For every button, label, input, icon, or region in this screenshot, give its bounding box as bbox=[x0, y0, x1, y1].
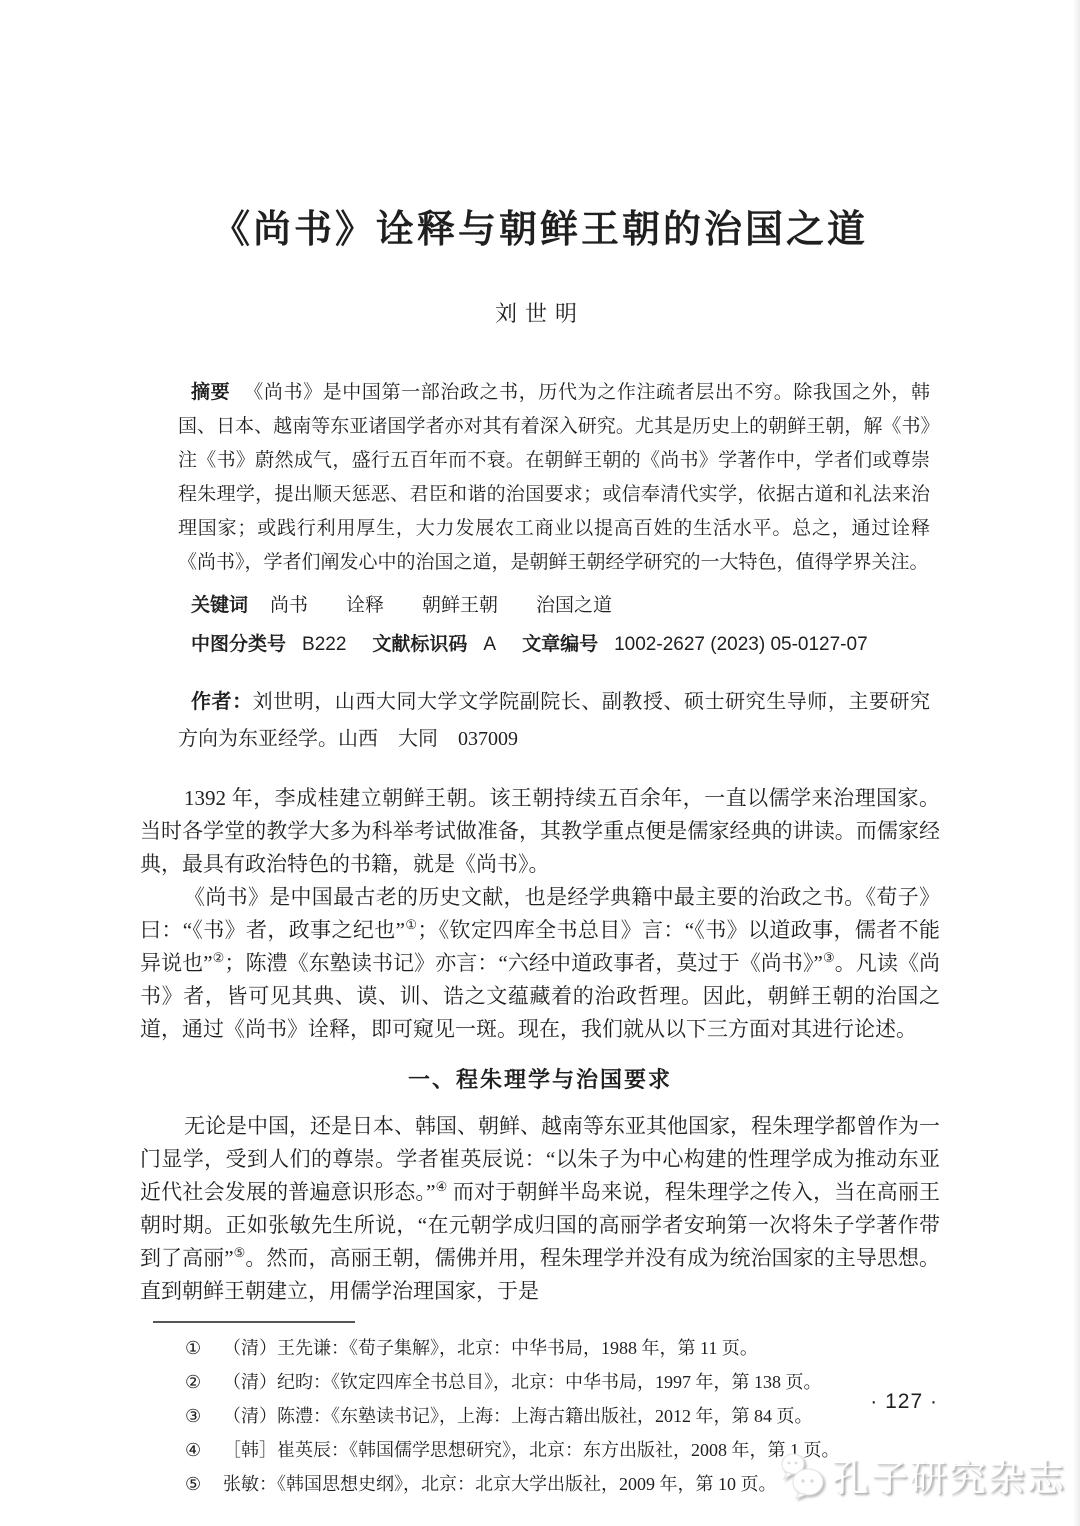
footnote-text: （清）陈澧：《东塾读书记》，上海：上海古籍出版社，2012 年，第 84 页。 bbox=[223, 1401, 935, 1432]
footnote-marker: ⑤ bbox=[185, 1469, 223, 1500]
footnote-text: （清）王先谦：《荀子集解》，北京：中华书局，1988 年，第 11 页。 bbox=[223, 1333, 935, 1364]
body-paragraph-3: 无论是中国，还是日本、韩国、朝鲜、越南等东亚其他国家，程朱理学都曾作为一门显学，… bbox=[140, 1110, 940, 1308]
wechat-bubbles-icon bbox=[779, 1451, 827, 1499]
keywords-label: 关键词 bbox=[191, 595, 248, 616]
abstract-label: 摘要 bbox=[191, 382, 230, 403]
footnote-marker: ② bbox=[185, 1367, 223, 1398]
abstract-paragraph: 摘要《尚书》是中国第一部治政之书，历代为之作注疏者层出不穷。除我国之外，韩国、日… bbox=[178, 376, 930, 580]
footnote-divider bbox=[153, 1321, 355, 1323]
footnote-item: ③ （清）陈澧：《东塾读书记》，上海：上海古籍出版社，2012 年，第 84 页… bbox=[185, 1401, 935, 1432]
footnote-marker: ① bbox=[185, 1333, 223, 1364]
footnote-item: ① （清）王先谦：《荀子集解》，北京：中华书局，1988 年，第 11 页。 bbox=[185, 1333, 935, 1364]
keywords-line: 关键词尚书 诠释 朝鲜王朝 治国之道 bbox=[178, 589, 930, 623]
abstract-text: 《尚书》是中国第一部治政之书，历代为之作注疏者层出不穷。除我国之外，韩国、日本、… bbox=[178, 382, 930, 573]
footnote-marker: ③ bbox=[185, 1401, 223, 1432]
article-id-value: 1002-2627 (2023) 05-0127-07 bbox=[614, 634, 868, 655]
doc-code-value: A bbox=[483, 634, 496, 655]
clc-label: 中图分类号 bbox=[191, 634, 286, 655]
article-title: 《尚书》诠释与朝鲜王朝的治国之道 bbox=[0, 0, 1080, 253]
doc-code-label: 文献标识码 bbox=[372, 634, 467, 655]
author-info-paragraph: 作者：刘世明，山西大同大学文学院副院长、副教授、硕士研究生导师，主要研究方向为东… bbox=[178, 684, 930, 758]
page-number: · 127 · bbox=[870, 1390, 938, 1414]
body-paragraph-1: 1392 年，李成桂建立朝鲜王朝。该王朝持续五百余年，一直以儒学来治理国家。当时… bbox=[140, 782, 940, 881]
footnote-marker: ④ bbox=[185, 1435, 223, 1466]
clc-value: B222 bbox=[302, 634, 346, 655]
author-info-section: 作者：刘世明，山西大同大学文学院副院长、副教授、硕士研究生导师，主要研究方向为东… bbox=[178, 684, 930, 758]
footnote-text: （清）纪昀：《钦定四库全书总目》，北京：中华书局，1997 年，第 138 页。 bbox=[223, 1367, 935, 1398]
author-info-text: 刘世明，山西大同大学文学院副院长、副教授、硕士研究生导师，主要研究方向为东亚经学… bbox=[178, 691, 930, 750]
abstract-section: 摘要《尚书》是中国第一部治政之书，历代为之作注疏者层出不穷。除我国之外，韩国、日… bbox=[178, 376, 930, 662]
article-body: 1392 年，李成桂建立朝鲜王朝。该王朝持续五百余年，一直以儒学来治理国家。当时… bbox=[140, 782, 940, 1308]
watermark-text: 孔子研究杂志 bbox=[832, 1448, 1066, 1502]
footnote-item: ② （清）纪昀：《钦定四库全书总目》，北京：中华书局，1997 年，第 138 … bbox=[185, 1367, 935, 1398]
keywords-items: 尚书 诠释 朝鲜王朝 治国之道 bbox=[270, 595, 612, 616]
journal-article-page: 《尚书》诠释与朝鲜王朝的治国之道 刘世明 摘要《尚书》是中国第一部治政之书，历代… bbox=[0, 0, 1080, 1526]
section-heading: 一、程朱理学与治国要求 bbox=[140, 1063, 940, 1096]
author-info-label: 作者： bbox=[191, 691, 253, 713]
article-id-label: 文章编号 bbox=[522, 634, 598, 655]
classification-line: 中图分类号B222文献标识码A文章编号1002-2627 (2023) 05-0… bbox=[178, 628, 930, 662]
journal-watermark: 孔子研究杂志 bbox=[779, 1448, 1066, 1502]
body-paragraph-2: 《尚书》是中国最古老的历史文献，也是经学典籍中最主要的治政之书。《荀子》曰：“《… bbox=[140, 881, 940, 1046]
article-author: 刘世明 bbox=[0, 297, 1080, 328]
